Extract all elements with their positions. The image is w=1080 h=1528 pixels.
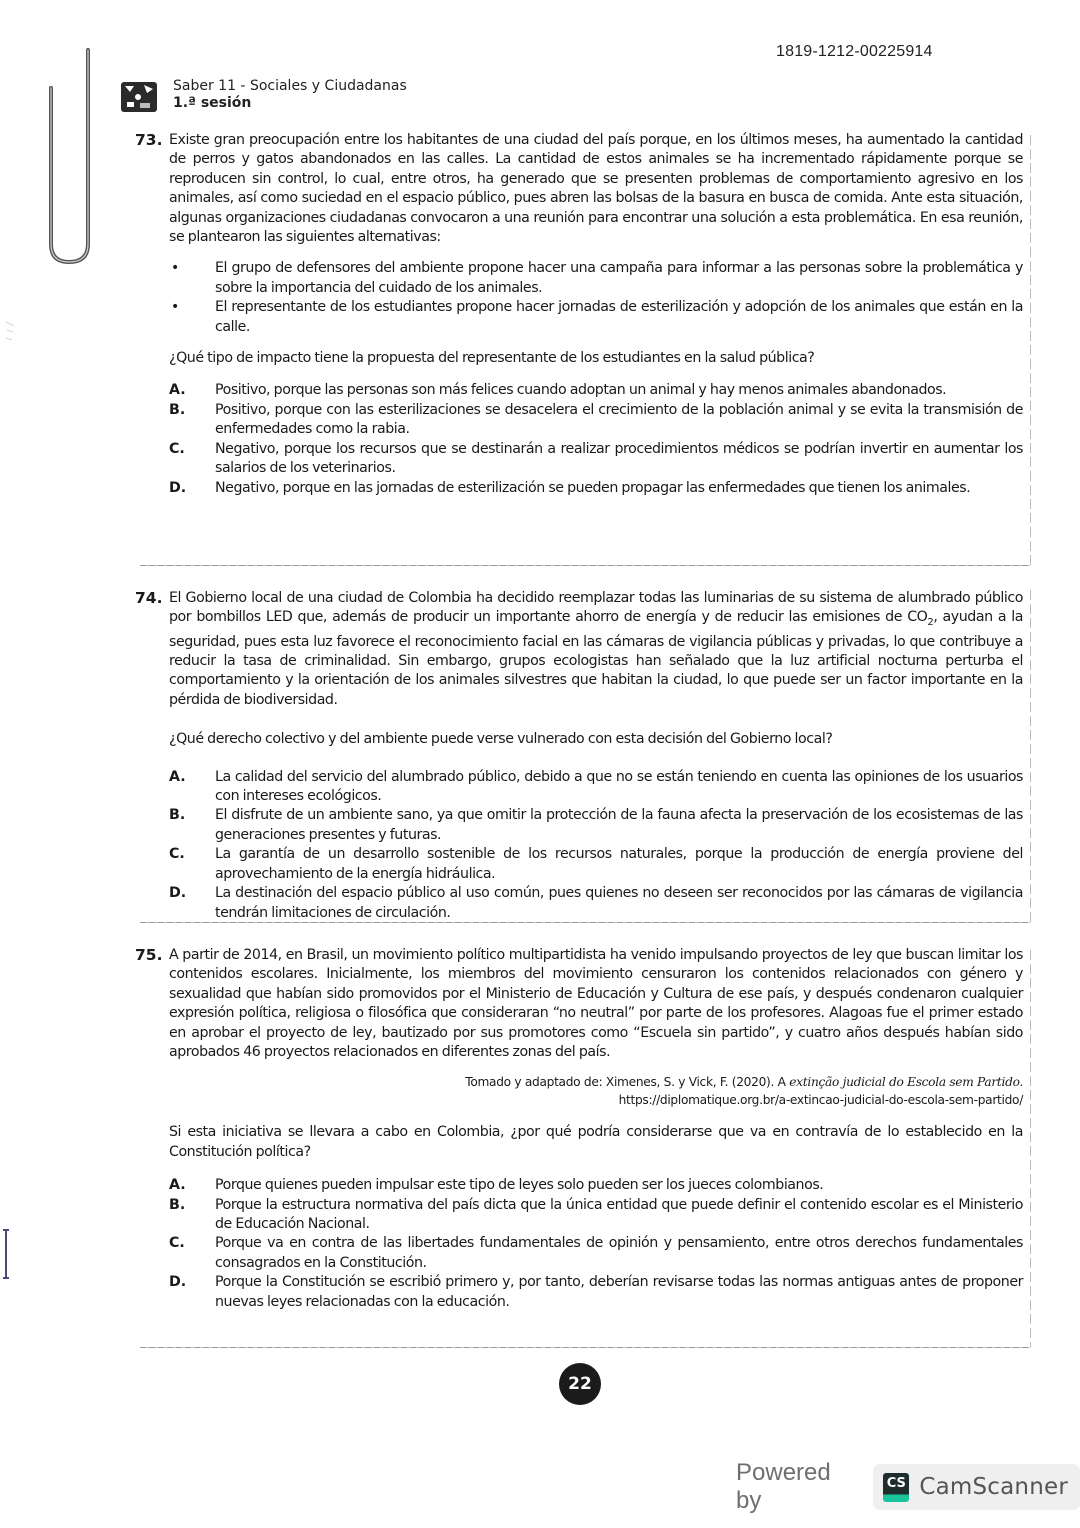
- answer-options: A.Positivo, porque las personas son más …: [169, 381, 1023, 497]
- bullet-icon: •: [171, 298, 179, 317]
- binder-edge-mark: [2, 1228, 10, 1280]
- source-url: https://diplomatique.org.br/a-extincao-j…: [169, 1091, 1023, 1109]
- option-b[interactable]: B.Porque la estructura normativa del paí…: [169, 1196, 1023, 1235]
- camscanner-watermark: Powered by CS CamScanner: [736, 1463, 1080, 1511]
- box-border: [1030, 590, 1031, 922]
- scan-speck: [4, 320, 16, 342]
- question-stem: Si esta iniciativa se llevara a cabo en …: [169, 1123, 1023, 1162]
- bullet-icon: •: [171, 259, 179, 278]
- option-b[interactable]: B.El disfrute de un ambiente sano, ya qu…: [169, 806, 1023, 845]
- box-border: [1030, 135, 1031, 565]
- option-d[interactable]: D.Porque la Constitución se escribió pri…: [169, 1273, 1023, 1312]
- option-c[interactable]: C.Porque va en contra de las libertades …: [169, 1234, 1023, 1273]
- camscanner-badge: CS CamScanner: [873, 1464, 1080, 1510]
- question-separator: [140, 565, 1030, 566]
- option-a[interactable]: A.Positivo, porque las personas son más …: [169, 381, 1023, 400]
- answer-options: A.La calidad del servicio del alumbrado …: [169, 768, 1023, 923]
- paperclip-icon: [44, 48, 96, 266]
- question-74: 74. El Gobierno local de una ciudad de C…: [135, 589, 1023, 923]
- camscanner-logo-icon: CS: [883, 1473, 909, 1502]
- question-context: A partir de 2014, en Brasil, un movimien…: [169, 946, 1023, 1062]
- question-context: El Gobierno local de una ciudad de Colom…: [169, 589, 1023, 710]
- question-stem: ¿Qué tipo de impacto tiene la propuesta …: [169, 349, 1023, 368]
- page-number-badge: 22: [559, 1363, 601, 1405]
- question-number: 74.: [135, 589, 162, 608]
- option-a[interactable]: A.La calidad del servicio del alumbrado …: [169, 768, 1023, 807]
- page-header: Saber 11 - Sociales y Ciudadanas 1.ª ses…: [120, 78, 407, 114]
- question-number: 73.: [135, 131, 162, 150]
- icfes-logo-icon: [120, 80, 158, 114]
- question-separator: [140, 922, 1030, 923]
- option-c[interactable]: C.La garantía de un desarrollo sostenibl…: [169, 845, 1023, 884]
- box-border: [1030, 950, 1031, 1347]
- alternative-item: • El representante de los estudiantes pr…: [169, 298, 1023, 337]
- exam-session: 1.ª sesión: [173, 95, 407, 112]
- option-a[interactable]: A.Porque quienes pueden impulsar este ti…: [169, 1176, 1023, 1195]
- source-title: extinção judicial do Escola sem Partido.: [789, 1075, 1023, 1089]
- question-stem: ¿Qué derecho colectivo y del ambiente pu…: [169, 730, 1023, 749]
- question-73: 73. Existe gran preocupación entre los h…: [135, 131, 1023, 498]
- alternatives-list: • El grupo de defensores del ambiente pr…: [169, 259, 1023, 337]
- camscanner-brand: CamScanner: [919, 1474, 1068, 1500]
- question-context: Existe gran preocupación entre los habit…: [169, 131, 1023, 247]
- alternative-item: • El grupo de defensores del ambiente pr…: [169, 259, 1023, 298]
- document-code: 1819-1212-00225914: [776, 43, 933, 61]
- option-d[interactable]: D.La destinación del espacio público al …: [169, 884, 1023, 923]
- answer-options: A.Porque quienes pueden impulsar este ti…: [169, 1176, 1023, 1312]
- question-75: 75. A partir de 2014, en Brasil, un movi…: [135, 946, 1023, 1312]
- source-citation: Tomado y adaptado de: Ximenes, S. y Vick…: [169, 1073, 1023, 1109]
- option-b[interactable]: B.Positivo, porque con las esterilizacio…: [169, 401, 1023, 440]
- exam-title: Saber 11 - Sociales y Ciudadanas: [173, 78, 407, 95]
- question-separator: [140, 1347, 1030, 1348]
- option-c[interactable]: C.Negativo, porque los recursos que se d…: [169, 440, 1023, 479]
- question-number: 75.: [135, 946, 162, 965]
- powered-by-label: Powered by: [736, 1459, 859, 1515]
- option-d[interactable]: D.Negativo, porque en las jornadas de es…: [169, 479, 1023, 498]
